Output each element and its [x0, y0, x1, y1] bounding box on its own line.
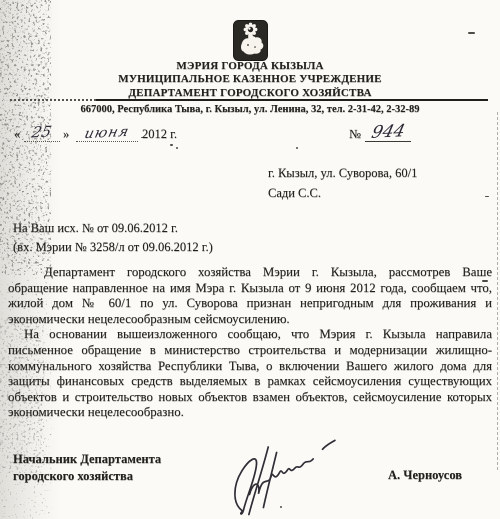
org-name-line1: МЭРИЯ ГОРОДА КЫЗЫЛА [0, 60, 500, 73]
date-day-blank: 25 [24, 125, 60, 142]
scan-artifact-dot [141, 137, 143, 138]
reference-line2: (вх. Мэрии № 3258/л от 09.06.2012 г.) [13, 238, 213, 257]
scan-artifact-dot [280, 506, 282, 508]
signatory-name: А. Черноусов [388, 468, 462, 483]
recipient-block: г. Кызыл, ул. Суворова, 60/1 Сади С.С. [268, 163, 417, 203]
kyzyl-coat-of-arms-icon [233, 20, 268, 61]
letterhead-divider [96, 99, 488, 101]
scanned-letter-page: МЭРИЯ ГОРОДА КЫЗЫЛА МУНИЦИПАЛЬНОЕ КАЗЕНН… [0, 0, 500, 519]
scan-artifact-dot [176, 147, 178, 149]
org-name-line2: МУНИЦИПАЛЬНОЕ КАЗЕННОЕ УЧРЕЖДЕНИЕ [0, 73, 500, 86]
scan-artifact-dot [170, 144, 173, 146]
recipient-address: г. Кызыл, ул. Суворова, 60/1 [268, 163, 417, 183]
scan-edge-line [497, 112, 498, 470]
handwritten-signature-icon [224, 428, 344, 516]
scan-artifact-dash [485, 196, 489, 197]
handwritten-day: 25 [30, 123, 54, 142]
date-month-blank: июня [76, 125, 138, 142]
handwritten-month: июня [83, 124, 131, 142]
scan-artifact-dash [482, 280, 488, 282]
scan-artifact-dash [468, 32, 475, 34]
body-paragraph-1: Департамент городского хозяйства Мэрии г… [8, 265, 492, 327]
date-quote-open: « [14, 127, 20, 142]
scan-artifact-dot [296, 147, 298, 149]
reference-line1: На Ваш исх. № от 09.06.2012 г. [13, 219, 213, 238]
recipient-name: Сади С.С. [268, 183, 417, 203]
org-address-line: 667000, Республика Тыва, г. Кызыл, ул. Л… [0, 104, 500, 115]
date-quote-close: » [63, 127, 69, 142]
date-year-suffix: 2012 г. [142, 127, 177, 142]
signatory-title-line2: городского хозяйства [13, 468, 161, 485]
signatory-title-line1: Начальник Департамента [13, 451, 161, 468]
reference-block: На Ваш исх. № от 09.06.2012 г. (вх. Мэри… [13, 219, 213, 256]
letterhead-divider-dotted [10, 99, 96, 101]
body-paragraph-2: На основании вышеизложенного сообщаю, чт… [8, 327, 492, 421]
handwritten-outgoing-number: 944 [369, 121, 407, 143]
letterhead: МЭРИЯ ГОРОДА КЫЗЫЛА МУНИЦИПАЛЬНОЕ КАЗЕНН… [0, 60, 500, 100]
signatory-title: Начальник Департамента городского хозяйс… [13, 451, 161, 485]
outgoing-number-blank: 944 [365, 124, 411, 142]
letter-body: Департамент городского хозяйства Мэрии г… [8, 265, 492, 421]
number-sign-label: № [349, 127, 361, 142]
